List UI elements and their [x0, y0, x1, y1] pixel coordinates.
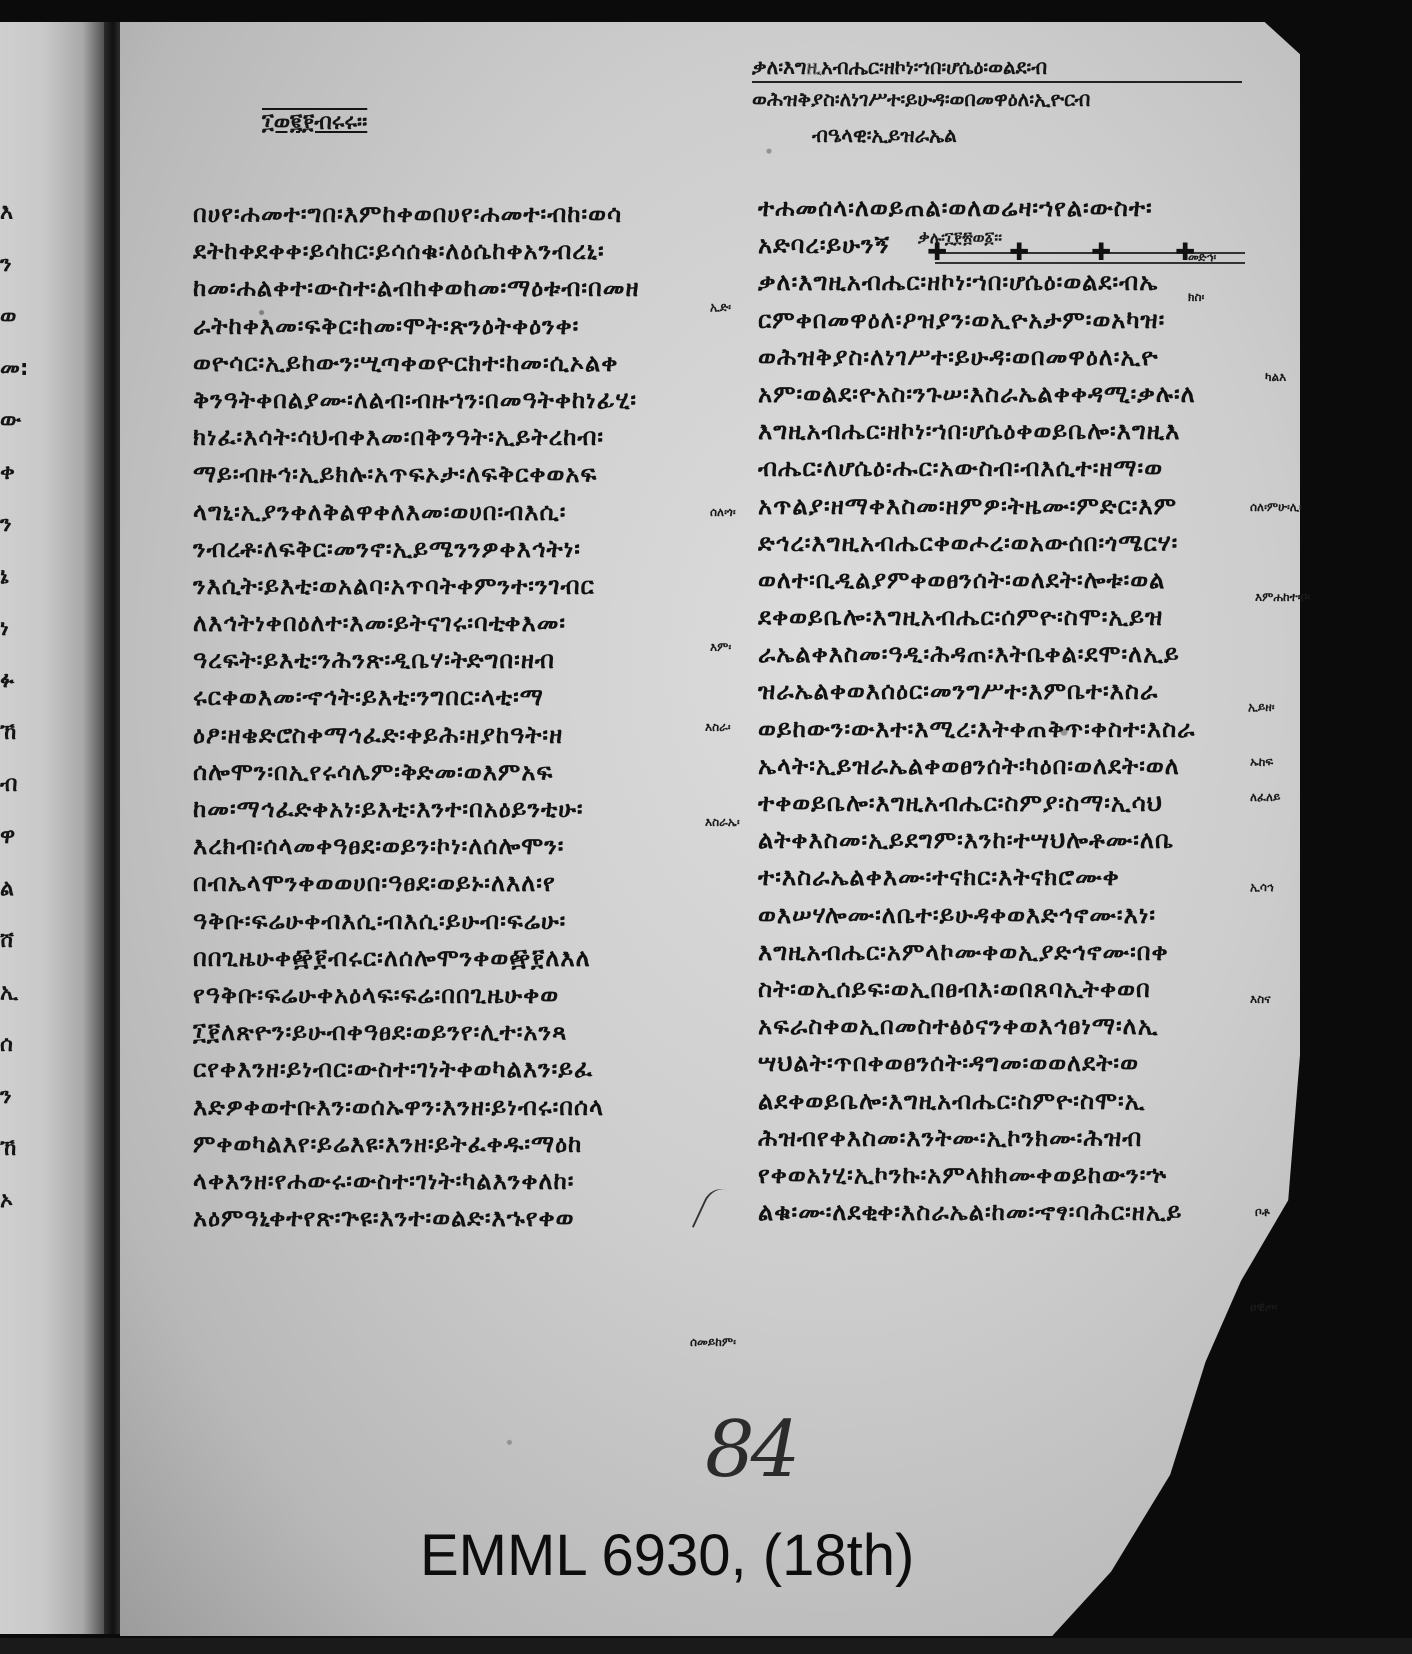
manuscript-line: ሣህልት፡ጥበቀወፀንሰት፡ዳግመ፡ወወለደት፡ወ [758, 1045, 1243, 1082]
binding-gutter [104, 22, 122, 1634]
right-text-column: ተሐመሰላ፡ለወይጠል፡ወለወሬዛ፡ኀየል፡ውስተ፡አድባረ፡ይሁንኝቃለ፡እግ… [758, 190, 1243, 1231]
manuscript-line: የቀወአነሂ፡ኢኮንኩ፡አምላክክሙቀወይከውን፡ኍ [758, 1157, 1243, 1194]
facing-page-fragment: ነ [0, 618, 26, 640]
top-rubric-line-1: ቃለ፡እግዚአብሔር፡ዘኮነ፡ኀበ፡ሆሴዕ፡ወልደ፡ብ [752, 55, 1242, 83]
margin-note: እስና [1250, 992, 1271, 1006]
manuscript-line: ፲፻ለጽዮን፡ይሁብቀዓፀደ፡ወይንየ፡ሊተ፡አንጻ [193, 1014, 708, 1051]
manuscript-line: ምቀወካልእየ፡ይሬእዩ፡እንዘ፡ይትፈቀዱ፡ማዕከ [193, 1126, 708, 1163]
manuscript-line: ንብረቶ፡ለፍቅር፡መንኖ፡ኢይሜንንዎቀእኅትነ፡ [193, 531, 708, 568]
facing-page-edge: እንወመ:ውቀንኔነፉኸብዋልሸኢሰንኸኦ [0, 22, 110, 1634]
heading-text: ፲ወ፪፻ብሩሩ፡፡ [262, 110, 367, 135]
manuscript-line: በብኤላሞንቀወወሀበ፡ዓፀደ፡ወይኑ፡ለእለ፡የ [193, 865, 708, 902]
manuscript-line: ብሔር፡ለሆሴዕ፡ሑር፡አውስብ፡ብእሲተ፡ዘማ፡ወ [758, 450, 1243, 487]
manuscript-line: ርምቀበመዋዕለ፡ዖዝያን፡ወኢዮአታም፡ወአካዝ፡ [758, 302, 1243, 339]
facing-page-fragment: ብ [0, 774, 26, 796]
manuscript-line: ርየቀእንዘ፡ይነብር፡ውስተ፡ገነትቀወካልእን፡ይፈ [193, 1051, 708, 1088]
scan-border [0, 1638, 1412, 1654]
manuscript-line: ልደቀወይቤሎ፡እግዚአብሔር፡ስምዮ፡ስሞ፡ኢ [758, 1083, 1243, 1120]
manuscript-line: ድኅረ፡እግዚአብሔርቀወሖረ፡ወአውሰበ፡ጎሜርሃ፡ [758, 525, 1243, 562]
facing-page-fragment: ኔ [0, 566, 26, 588]
margin-note: መድኅ፡ [1188, 250, 1216, 264]
manuscript-line: ወዮሳር፡ኢይከውን፡ሢጣቀወዮርክተ፡ከመ፡ሲኦልቀ [193, 345, 708, 382]
manuscript-line: እግዚአብሔር፡ዘኮነ፡ኀበ፡ሆሴዕቀወይቤሎ፡እግዚእ [758, 413, 1243, 450]
manuscript-line: ላቀእንዘ፡የሐውሩ፡ውስተ፡ገነት፡ካልእንቀለከ፡ [193, 1163, 708, 1200]
margin-note: ዐዊጦ፡ [1250, 1300, 1277, 1314]
margin-note: ቦቶ [1255, 1205, 1270, 1219]
catalog-caption: EMML 6930, (18th) [420, 1522, 914, 1589]
manuscript-line: ኤላት፡ኢይዝራኤልቀወፀንሰት፡ካዕበ፡ወለደት፡ወለ [758, 748, 1243, 785]
manuscript-line: ዓረፍት፡ይእቲ፡ንሕንጽ፡ዲቤሃ፡ትድግበ፡ዘብ [193, 642, 708, 679]
manuscript-line: ወእሠሃሎሙ፡ለቤተ፡ይሁዳቀወእድኅኖሙ፡እነ፡ [758, 897, 1243, 934]
facing-page-fragment: ል [0, 878, 26, 900]
manuscript-line: ቃለ፡እግዚአብሔር፡ዘኮነ፡ኀበ፡ሆሴዕ፡ወልደ፡ብኤ [758, 264, 1243, 301]
manuscript-line: ክነፈ፡እሳት፡ሳህብቀእመ፡በቅንዓት፡ኢይትረከብ፡ [193, 419, 708, 456]
manuscript-line: በበጊዜሁቀ፼፻ብሩር፡ለሰሎሞንቀወ፼፻ለእለ [193, 940, 708, 977]
facing-page-fragment: ኢ [0, 982, 26, 1004]
cross-ornament-icon: ✚ [1009, 242, 1029, 262]
facing-page-fragment: ቀ [0, 462, 26, 484]
facing-page-fragment: መ: [0, 358, 26, 380]
manuscript-line: ወለተ፡ቢዲልያምቀወፀንሰት፡ወለደት፡ሎቱ፡ወል [758, 562, 1243, 599]
manuscript-line: የዓቅቡ፡ፍሬሁቀአዕላፍ፡ፍሬ፡በበጊዜሁቀወ [193, 977, 708, 1014]
manuscript-line: እረክብ፡ሰላመቀዓፀደ፡ወይን፡ኮነ፡ለሰሎሞን፡ [193, 828, 708, 865]
left-text-column: በሀየ፡ሐመተ፡ግበ፡እምከቀወበሀየ፡ሐመተ፡ብከ፡ወሳደትከቀደቀቀ፡ይሳከ… [193, 196, 708, 1237]
margin-note: ሰለ፡ጎ፡ [710, 505, 736, 519]
manuscript-line: ወሕዝቅያስ፡ለነገሥተ፡ይሁዳ፡ወበመዋዕለ፡ኢዮ [758, 339, 1243, 376]
facing-page-fragment: ን [0, 254, 26, 276]
manuscript-line: ደቀወይቤሎ፡እግዚአብሔር፡ሰምዮ፡ስሞ፡ኢይዝ [758, 599, 1243, 636]
margin-note: ኡከፍ [1250, 755, 1273, 769]
facing-page-fragment: ው [0, 410, 26, 432]
facing-page-fragment: ኸ [0, 722, 26, 744]
manuscript-line: ልትቀእስመ፡ኢይደግም፡እንከ፡ተሣህሎቶሙ፡ለቤ [758, 822, 1243, 859]
margin-note: እስራኤ፡ [705, 815, 740, 829]
margin-note: እም፡ [710, 640, 731, 654]
manuscript-line: እግዚአብሔር፡አምላኮሙቀወኢያድኅኖሙ፡በቀ [758, 934, 1243, 971]
manuscript-line: ዓቅቡ፡ፍሬሁቀብእሲ፡ብእሲ፡ይሁብ፡ፍሬሁ፡ [193, 903, 708, 940]
left-column-heading: ፲ወ፪፻ብሩሩ፡፡ [262, 110, 367, 135]
manuscript-line: ከመ፡ሐልቀተ፡ውስተ፡ልብከቀወከመ፡ማዕቱብ፡በመዘ [193, 270, 708, 307]
top-rubric-line-2: ወሕዝቅያስ፡ለነገሥተ፡ይሁዳ፡ወበመዋዕለ፡ኢዮርብ [752, 87, 1252, 111]
manuscript-line: ልቁ፡ሙ፡ለደቂቀ፡እስራኤል፡ከመ፡ኆፃ፡ባሕር፡ዘኢይ [758, 1194, 1243, 1231]
margin-note: ካልእ [1265, 370, 1286, 384]
manuscript-line: ላግኒ፡ኢያንቀለቅልዋቀለእመ፡ወሀበ፡ብእሲ፡ [193, 494, 708, 531]
top-rubric-line-3: ብዔላዊ፡ኢይዝራኤል [812, 123, 1252, 147]
facing-page-fragment: እ [0, 202, 26, 224]
manuscript-line: ማይ፡ብዙኅ፡ኢይክሉ፡አጥፍኦታ፡ለፍቅርቀወአፍ [193, 456, 708, 493]
manuscript-line: ዝራኤልቀወእሰዕር፡መንግሥተ፡እምቤተ፡እስራ [758, 673, 1243, 710]
manuscript-line: ራትከቀእመ፡ፍቅር፡ከመ፡ሞት፡ጽንዕትቀዕንቀ፡ [193, 308, 708, 345]
margin-note: እስራ፡ [705, 720, 731, 734]
facing-page-fragment: ዋ [0, 826, 26, 848]
margin-note: ኢድ፡ [710, 300, 731, 314]
manuscript-scan: እንወመ:ውቀንኔነፉኸብዋልሸኢሰንኸኦ ፲ወ፪፻ብሩሩ፡፡ ቃለ፡እግዚአብ… [0, 0, 1412, 1654]
margin-note: ሰመይከም፡ [690, 1335, 736, 1349]
manuscript-line: ተ፡እስራኤልቀእሙ፡ተናክር፡እትናክሮሙቀ [758, 859, 1243, 896]
margin-note: ኢይዘ፡ [1248, 700, 1275, 714]
manuscript-line: ደትከቀደቀቀ፡ይሳከር፡ይሳሰቁ፡ለዕሴከቀአንብረኒ፡ [193, 233, 708, 270]
manuscript-line: አፍራስቀወኢበመስተፅዕናንቀወእኅፀነማ፡ለኢ [758, 1008, 1243, 1045]
manuscript-line: ራኤልቀእስመ፡ዓዲ፡ሕዳጠ፡እትቤቀል፡ደሞ፡ለኢይ [758, 636, 1243, 673]
margin-note: ለፈለይ [1250, 790, 1280, 804]
cross-ornament-icon: ✚ [927, 242, 947, 262]
manuscript-line: ንእሲት፡ይእቲ፡ወአልባ፡አጥባትቀምንተ፡ንገብር [193, 568, 708, 605]
folio-number: 84 [705, 1405, 796, 1495]
facing-page-fragment: ን [0, 1086, 26, 1108]
margin-note: ኢሳኅ [1250, 880, 1274, 894]
manuscript-line: ተሐመሰላ፡ለወይጠል፡ወለወሬዛ፡ኀየል፡ውስተ፡ [758, 190, 1243, 227]
manuscript-line: አጥልያ፡ዘማቀእስመ፡ዘምዎ፡ትዜሙ፡ምድር፡እም [758, 488, 1243, 525]
facing-page-fragment: ኸ [0, 1138, 26, 1160]
facing-page-fragment: ሰ [0, 1034, 26, 1056]
facing-page-fragment: ን [0, 514, 26, 536]
manuscript-line: ተቀወይቤሎ፡እግዚአብሔር፡ስምያ፡ስማ፡ኢሳህ [758, 785, 1243, 822]
facing-page-fragment: ፉ [0, 670, 26, 692]
manuscript-line: ስት፡ወኢሰይፍ፡ወኢበፀብእ፡ወበጸባኢትቀወበ [758, 971, 1243, 1008]
manuscript-line: ቅንዓትቀበልያሙ፡ለልብ፡ብዙኀን፡በመዓትቀከነፊሂ፡ [193, 382, 708, 419]
manuscript-line: ሕዝብየቀእስመ፡እንትሙ፡ኢኮንክሙ፡ሕዝብ [758, 1120, 1243, 1157]
margin-note: ሰለ፡ምሁ፡ሊ፡ [1250, 500, 1302, 514]
manuscript-line: ከመ፡ማኅፈድቀአነ፡ይእቲ፡እንተ፡በአዕይንቲሁ፡ [193, 791, 708, 828]
manuscript-line: አም፡ወልደ፡ዮአስ፡ንጉሠ፡እስራኤልቀቀዳሚ፡ቃሉ፡ለ [758, 376, 1243, 413]
manuscript-line: ወይከውን፡ውእተ፡እሚረ፡እትቀጠቅጥ፡ቀስተ፡እስራ [758, 711, 1243, 748]
manuscript-line: አዕምዓኒቀተየጽ፡ጕዩ፡እንተ፡ወልድ፡እኁየቀወ [193, 1200, 708, 1237]
manuscript-line: እድዎቀወተቡእን፡ወሰኡዋን፡እንዘ፡ይነብሩ፡በሰላ [193, 1089, 708, 1126]
facing-page-fragment: ወ [0, 306, 26, 328]
margin-note: ክስ፡ [1188, 290, 1204, 304]
manuscript-line: ሰሎሞን፡በኢየሩሳሌም፡ቅድመ፡ወእምአፍ [193, 754, 708, 791]
facing-page-fragment: ኦ [0, 1190, 26, 1212]
manuscript-line: ዕፆ፡ዘቄድሮስቀማኅፈድ፡ቀይሕ፡ዘያከዓት፡ዘ [193, 717, 708, 754]
manuscript-line: ለእኅትነቀበዕለተ፡እመ፡ይትናገሩ፡ባቲቀእመ፡ [193, 605, 708, 642]
manuscript-line: ሩርቀወእመ፡ኆኅት፡ይእቲ፡ንግበር፡ላቲ፡ማ [193, 679, 708, 716]
top-margin-rubric: ቃለ፡እግዚአብሔር፡ዘኮነ፡ኀበ፡ሆሴዕ፡ወልደ፡ብ ወሕዝቅያስ፡ለነገሥተ… [752, 55, 1252, 147]
facing-page-fragment: ሸ [0, 930, 26, 952]
cross-ornament-icon: ✚ [1091, 242, 1111, 262]
manuscript-line: በሀየ፡ሐመተ፡ግበ፡እምከቀወበሀየ፡ሐመተ፡ብከ፡ወሳ [193, 196, 708, 233]
margin-note: እምሐከተ፡ቦ፡ [1255, 590, 1310, 604]
